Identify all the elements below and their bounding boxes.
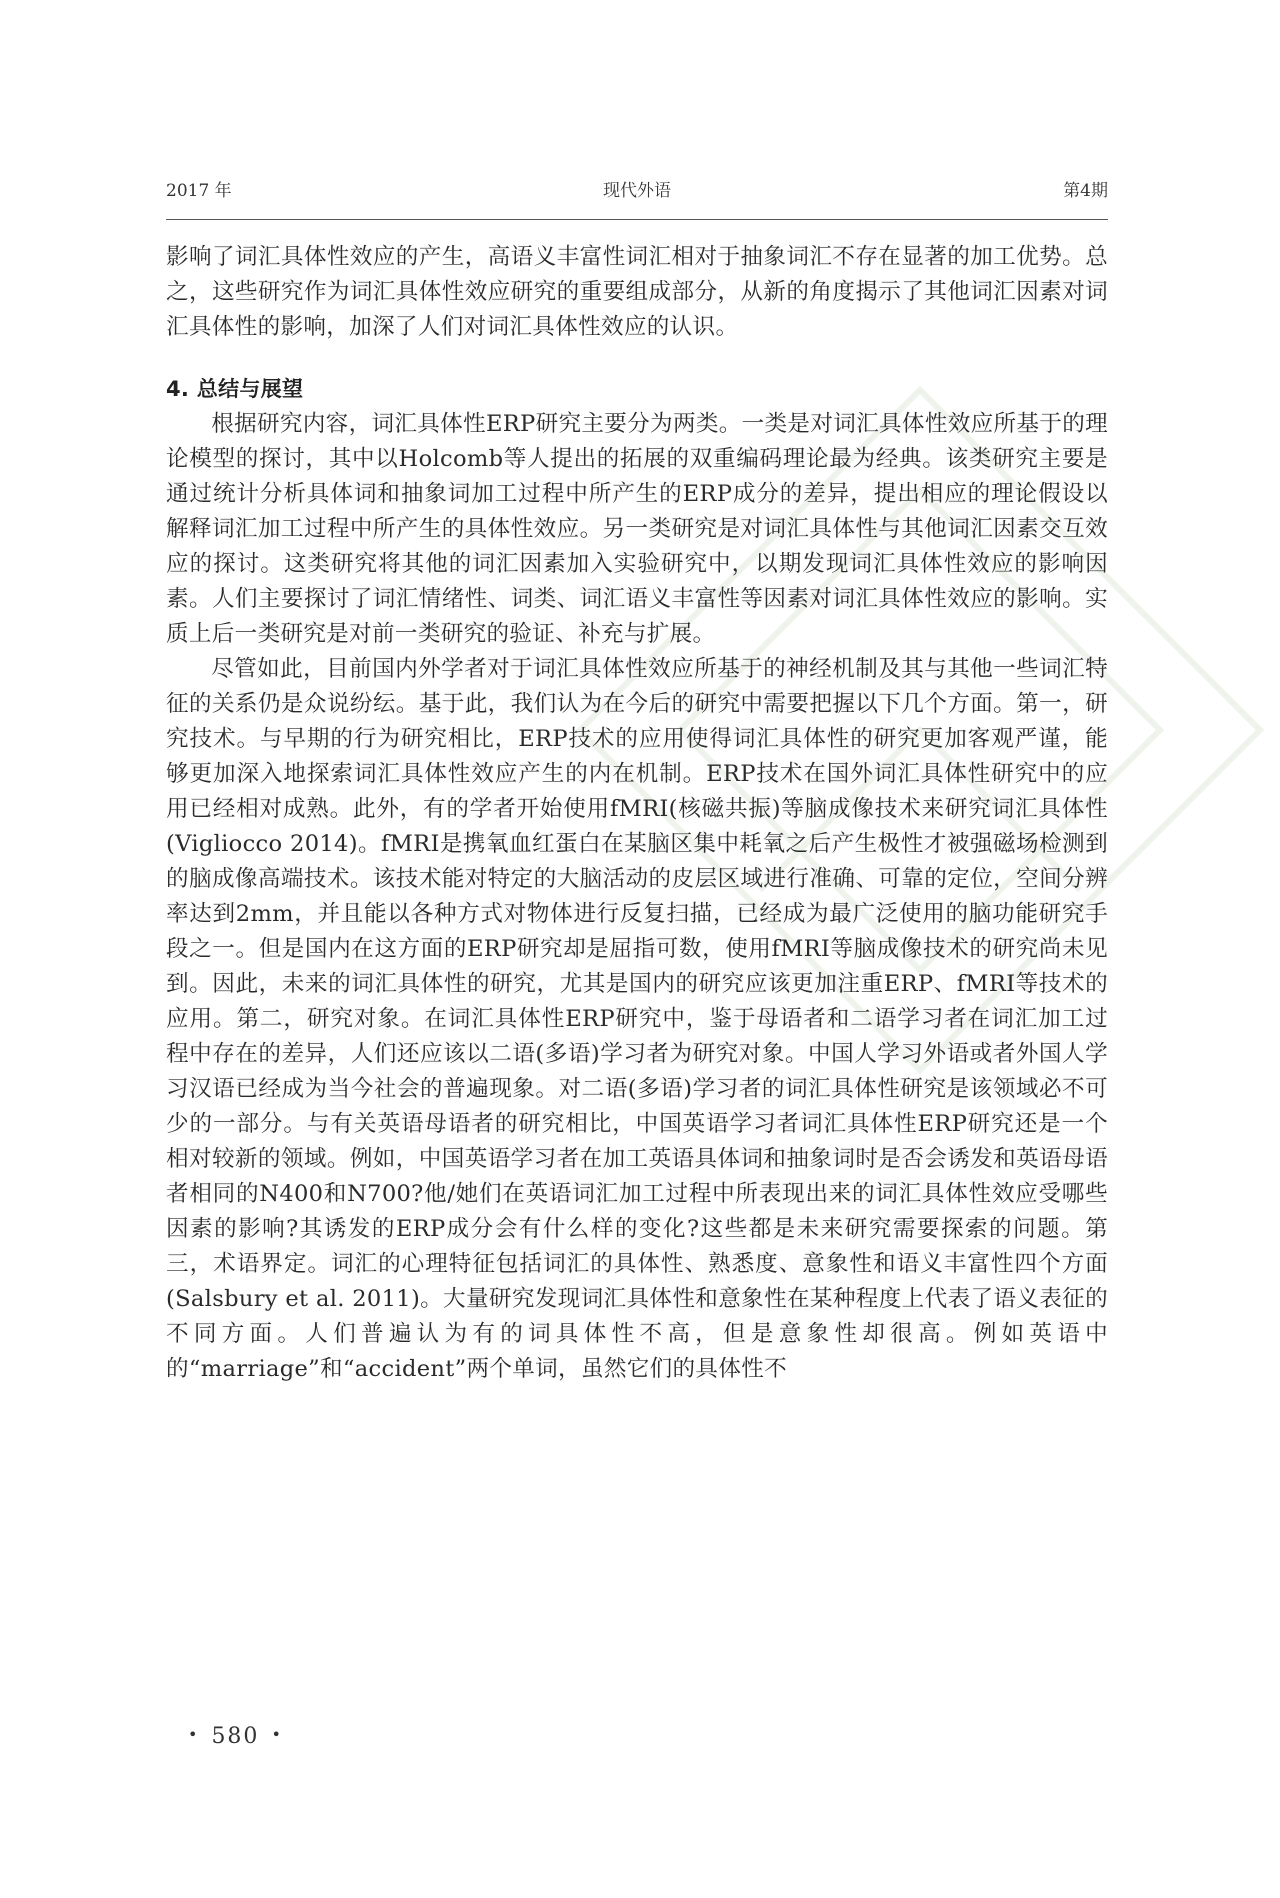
body-paragraph: 根据研究内容，词汇具体性ERP研究主要分为两类。一类是对词汇具体性效应所基于的理…	[166, 407, 1108, 652]
header-rule	[166, 219, 1108, 220]
running-head-journal: 现代外语	[166, 176, 1108, 201]
body-paragraph: 尽管如此，目前国内外学者对于词汇具体性效应所基于的神经机制及其与其他一些词汇特征…	[166, 652, 1108, 1387]
running-head-issue: 第4期	[1063, 176, 1108, 201]
page-footer: •580•	[176, 1724, 295, 1749]
bullet-dot-icon: •	[188, 1725, 199, 1744]
page-body: 影响了词汇具体性效应的产生，高语义丰富性词汇相对于抽象词汇不存在显著的加工优势。…	[166, 240, 1108, 1387]
page-number: 580	[211, 1724, 259, 1749]
section-heading: 4. 总结与展望	[166, 372, 1108, 407]
continued-paragraph: 影响了词汇具体性效应的产生，高语义丰富性词汇相对于抽象词汇不存在显著的加工优势。…	[166, 240, 1108, 345]
running-head: 2017 年 现代外语 第4期	[166, 176, 1108, 202]
bullet-dot-icon: •	[271, 1725, 282, 1744]
